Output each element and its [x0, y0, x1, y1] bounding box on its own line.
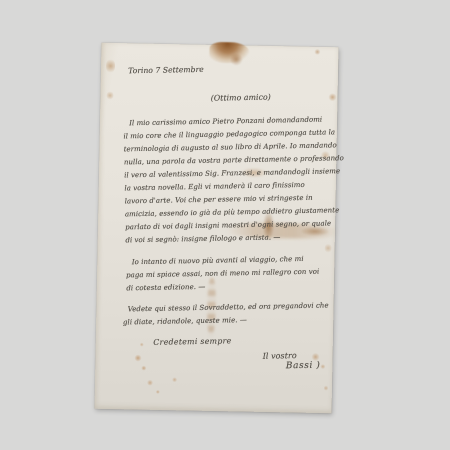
handwritten-line: il mio core che il linguaggio pedagogico… [123, 128, 335, 141]
handwritten-line: gli diate, ridandole, queste mie. — [123, 316, 247, 327]
handwritten-line: di cotesta edizione. — [126, 283, 205, 294]
handwritten-line: la vostra novella. Egli vi manderà il ca… [124, 181, 304, 193]
handwritten-line: paga mi spiace assai, non di meno mi ral… [126, 268, 319, 281]
salutation-line: (Ottimo amico) [211, 93, 271, 103]
handwriting-layer: Torino 7 Settembre (Ottimo amico) Il mio… [95, 39, 339, 409]
handwritten-line: nulla, una parola da vostra parte dirett… [124, 154, 344, 167]
closing-line: Credetemi sempre [153, 336, 231, 346]
photo-background: Torino 7 Settembre (Ottimo amico) Il mio… [0, 0, 450, 450]
handwritten-line: amicizia, essendo io già da più tempo ad… [125, 206, 340, 219]
letter-paper: Torino 7 Settembre (Ottimo amico) Il mio… [95, 43, 339, 413]
handwritten-line: lavoro d'arte. Voi che per essere mio vi… [125, 194, 313, 207]
signature-line-2: Bassi ) [286, 362, 321, 372]
handwritten-line: il vero al valentissimo Sig. Franzesi, e… [124, 167, 340, 180]
date-line: Torino 7 Settembre [128, 65, 204, 75]
handwritten-line: Io intanto di nuovo più avanti al viaggi… [132, 255, 304, 267]
handwritten-line: di voi si segnò: insigne filologo e arti… [125, 233, 280, 245]
signature-line-1: Il vostro [263, 351, 297, 361]
handwritten-line: Vedete qui stesso il Sovraddetto, ed ora… [128, 301, 329, 314]
handwritten-line: parlato di voi dagli insigni maestri d'o… [125, 219, 331, 232]
handwritten-line: Il mio carissimo amico Pietro Ponzani do… [129, 116, 322, 129]
handwritten-line: terminologia di augusto al suo libro di … [124, 141, 337, 154]
